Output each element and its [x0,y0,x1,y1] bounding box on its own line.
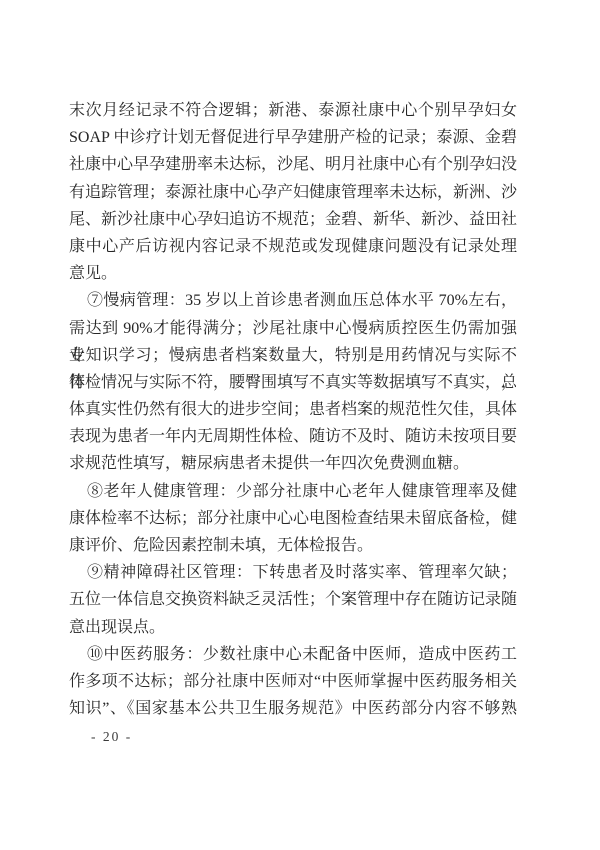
text-line: 求规范性填写，糖尿病患者未提供一年四次免费测血糖。 [69,450,517,477]
paragraph: ⑨精神障碍社区管理：下转患者及时落实率、管理率欠缺；五位一体信息交换资料缺乏灵活… [69,559,517,641]
document-page: 末次月经记录不符合逻辑；新港、泰源社康中心个别早孕妇女SOAP 中诊疗计划无督促… [0,0,600,850]
text-line: 康中心产后访视内容记录不规范或发现健康问题没有记录处理 [69,233,517,260]
paragraph: ⑩中医药服务：少数社康中心未配备中医师，造成中医药工作多项不达标；部分社康中医师… [69,641,517,723]
text-line: 康体检率不达标；部分社康中心心电图检查结果未留底备检，健 [69,505,517,532]
text-line: ⑨精神障碍社区管理：下转患者及时落实率、管理率欠缺； [69,559,517,586]
text-line: 五位一体信息交换资料缺乏灵活性；个案管理中存在随访记录随 [69,586,517,613]
text-line: SOAP 中诊疗计划无督促进行早孕建册产检的记录；泰源、金碧 [69,124,517,151]
text-line: 知识”、《国家基本公共卫生服务规范》中医药部分内容不够熟 [69,695,517,722]
text-line: 有追踪管理；泰源社康中心孕产妇健康管理率未达标，新洲、沙 [69,179,517,206]
text-line: 社康中心早孕建册率未达标，沙尾、明月社康中心有个别孕妇没 [69,151,517,178]
text-line: 康评价、危险因素控制未填，无体检报告。 [69,532,517,559]
page-number: - 20 - [91,729,132,745]
text-line: 尾、新沙社康中心孕妇追访不规范；金碧、新华、新沙、益田社 [69,206,517,233]
text-line: 意见。 [69,260,517,287]
text-line: 作多项不达标；部分社康中医师对“中医师掌握中医药服务相关 [69,668,517,695]
text-line: ⑩中医药服务：少数社康中心未配备中医师，造成中医药工 [69,641,517,668]
text-line: 业知识学习；慢病患者档案数量大，特别是用药情况与实际不符， [69,342,517,369]
document-body: 末次月经记录不符合逻辑；新港、泰源社康中心个别早孕妇女SOAP 中诊疗计划无督促… [69,97,517,722]
text-line: ⑦慢病管理：35 岁以上首诊患者测血压总体水平 70%左右， [69,287,517,314]
paragraph: 末次月经记录不符合逻辑；新港、泰源社康中心个别早孕妇女SOAP 中诊疗计划无督促… [69,97,517,287]
text-line: 体检情况与实际不符，腰臀围填写不真实等数据填写不真实，总 [69,369,517,396]
paragraph: ⑧老年人健康管理：少部分社康中心老年人健康管理率及健康体检率不达标；部分社康中心… [69,478,517,560]
text-line: 意出现误点。 [69,614,517,641]
text-line: 需达到 90%才能得满分；沙尾社康中心慢病质控医生仍需加强专 [69,315,517,342]
text-line: 表现为患者一年内无周期性体检、随访不及时、随访未按项目要 [69,423,517,450]
paragraph: ⑦慢病管理：35 岁以上首诊患者测血压总体水平 70%左右，需达到 90%才能得… [69,287,517,477]
text-line: ⑧老年人健康管理：少部分社康中心老年人健康管理率及健 [69,478,517,505]
text-line: 体真实性仍然有很大的进步空间；患者档案的规范性欠佳，具体 [69,396,517,423]
text-line: 末次月经记录不符合逻辑；新港、泰源社康中心个别早孕妇女 [69,97,517,124]
